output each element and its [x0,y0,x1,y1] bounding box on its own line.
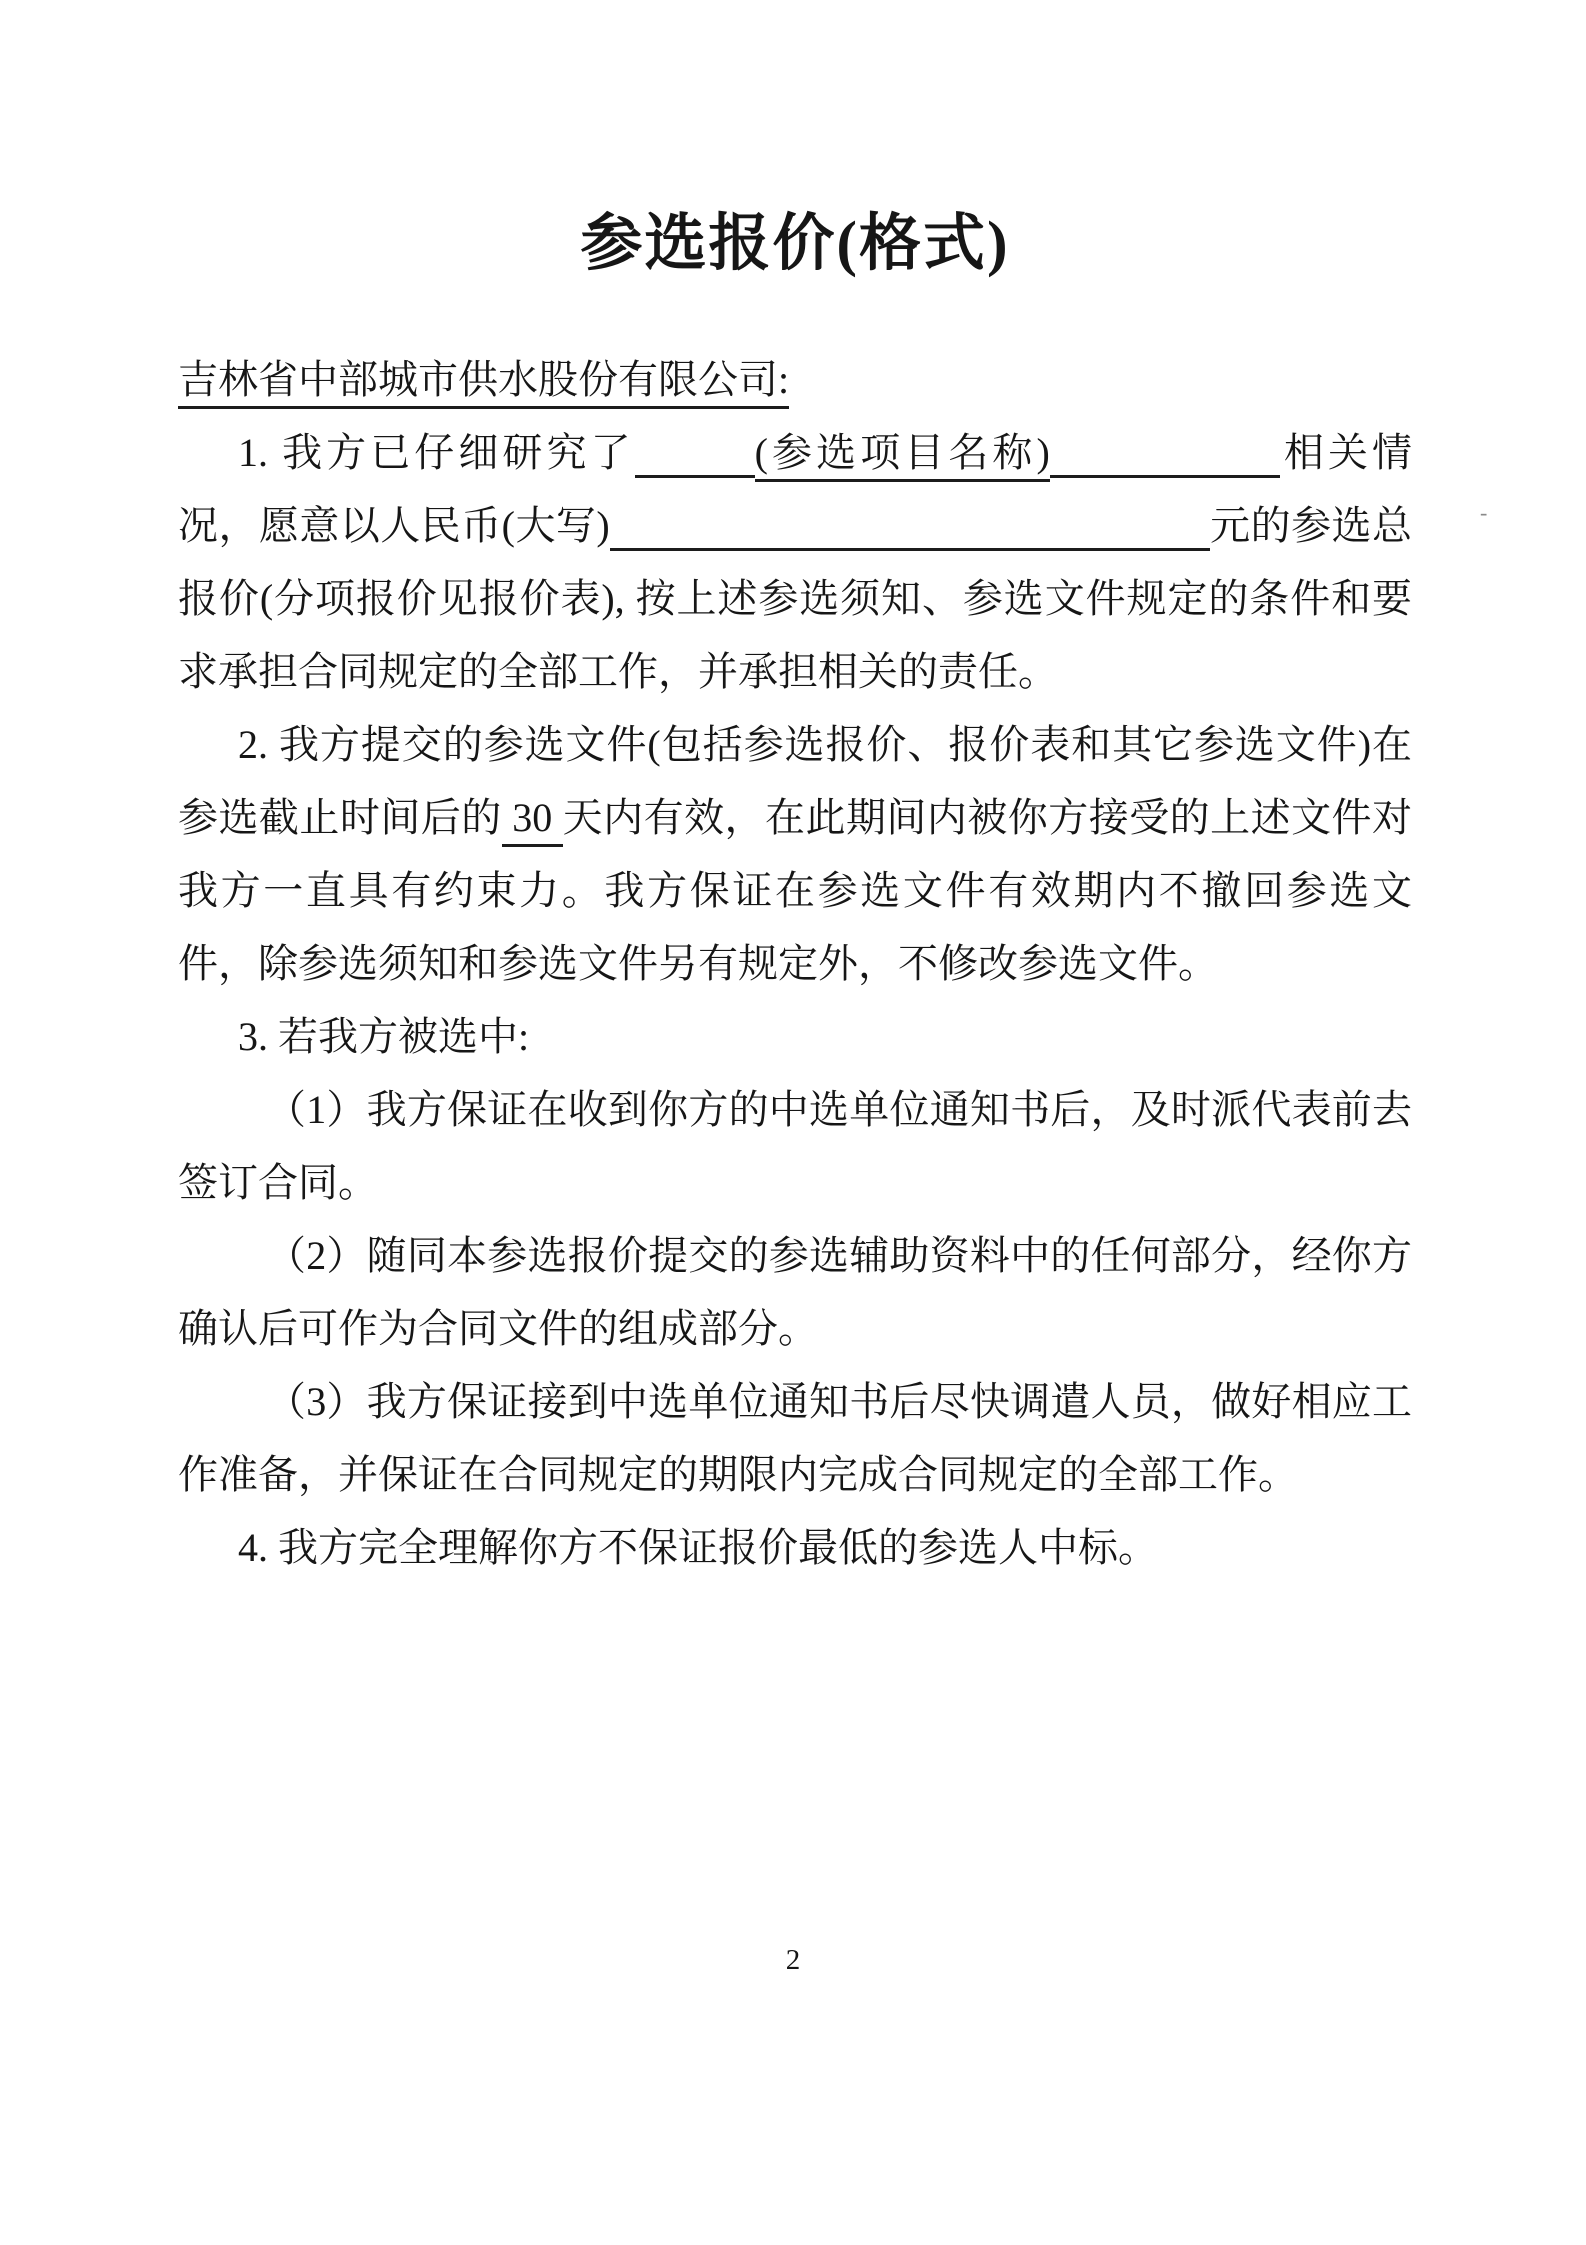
document-content: 参选报价(格式) 吉林省中部城市供水股份有限公司: 1. 我方已仔细研究了(参选… [0,205,1586,1584]
text-run: （2）随同本参选报价提交的参选辅助资料中的任何部分，经你方确认后可作为合同文件的… [178,1233,1412,1351]
document-body: 1. 我方已仔细研究了(参选项目名称)相关情况，愿意以人民币(大写)元的参选总报… [178,416,1412,1584]
clause-3: 3. 若我方被选中: [178,1000,1412,1073]
salutation-line: 吉林省中部城市供水股份有限公司: [178,343,1412,416]
text-run: （1）我方保证在收到你方的中选单位通知书后，及时派代表前去签订合同。 [178,1087,1412,1205]
clause-2: 2. 我方提交的参选文件(包括参选报价、报价表和其它参选文件)在参选截止时间后的… [178,708,1412,1000]
text-run: 1. 我方已仔细研究了 [238,430,635,475]
document-page: 参选报价(格式) 吉林省中部城市供水股份有限公司: 1. 我方已仔细研究了(参选… [0,0,1586,2245]
text-run: 3. 若我方被选中: [238,1014,529,1059]
clause-3-item-3: （3）我方保证接到中选单位通知书后尽快调遣人员，做好相应工作准备，并保证在合同规… [178,1365,1412,1511]
clause-4: 4. 我方完全理解你方不保证报价最低的参选人中标。 [178,1511,1412,1584]
clause-3-item-2: （2）随同本参选报价提交的参选辅助资料中的任何部分，经你方确认后可作为合同文件的… [178,1219,1412,1365]
underlined-text: (参选项目名称) [755,430,1050,482]
text-run: （3）我方保证接到中选单位通知书后尽快调遣人员，做好相应工作准备，并保证在合同规… [178,1379,1412,1497]
fill-in-blank [1050,474,1280,478]
text-run: 4. 我方完全理解你方不保证报价最低的参选人中标。 [238,1525,1158,1570]
page-number: 2 [786,1942,801,1978]
fill-in-blank [610,547,1210,551]
fill-in-blank [635,474,755,478]
salutation-text: 吉林省中部城市供水股份有限公司: [178,357,789,409]
clause-3-item-1: （1）我方保证在收到你方的中选单位通知书后，及时派代表前去签订合同。 [178,1073,1412,1219]
scan-artifact-mark: - [1480,500,1487,526]
underlined-text: 30 [502,795,563,847]
clause-1: 1. 我方已仔细研究了(参选项目名称)相关情况，愿意以人民币(大写)元的参选总报… [178,416,1412,708]
page-title: 参选报价(格式) [178,205,1412,283]
